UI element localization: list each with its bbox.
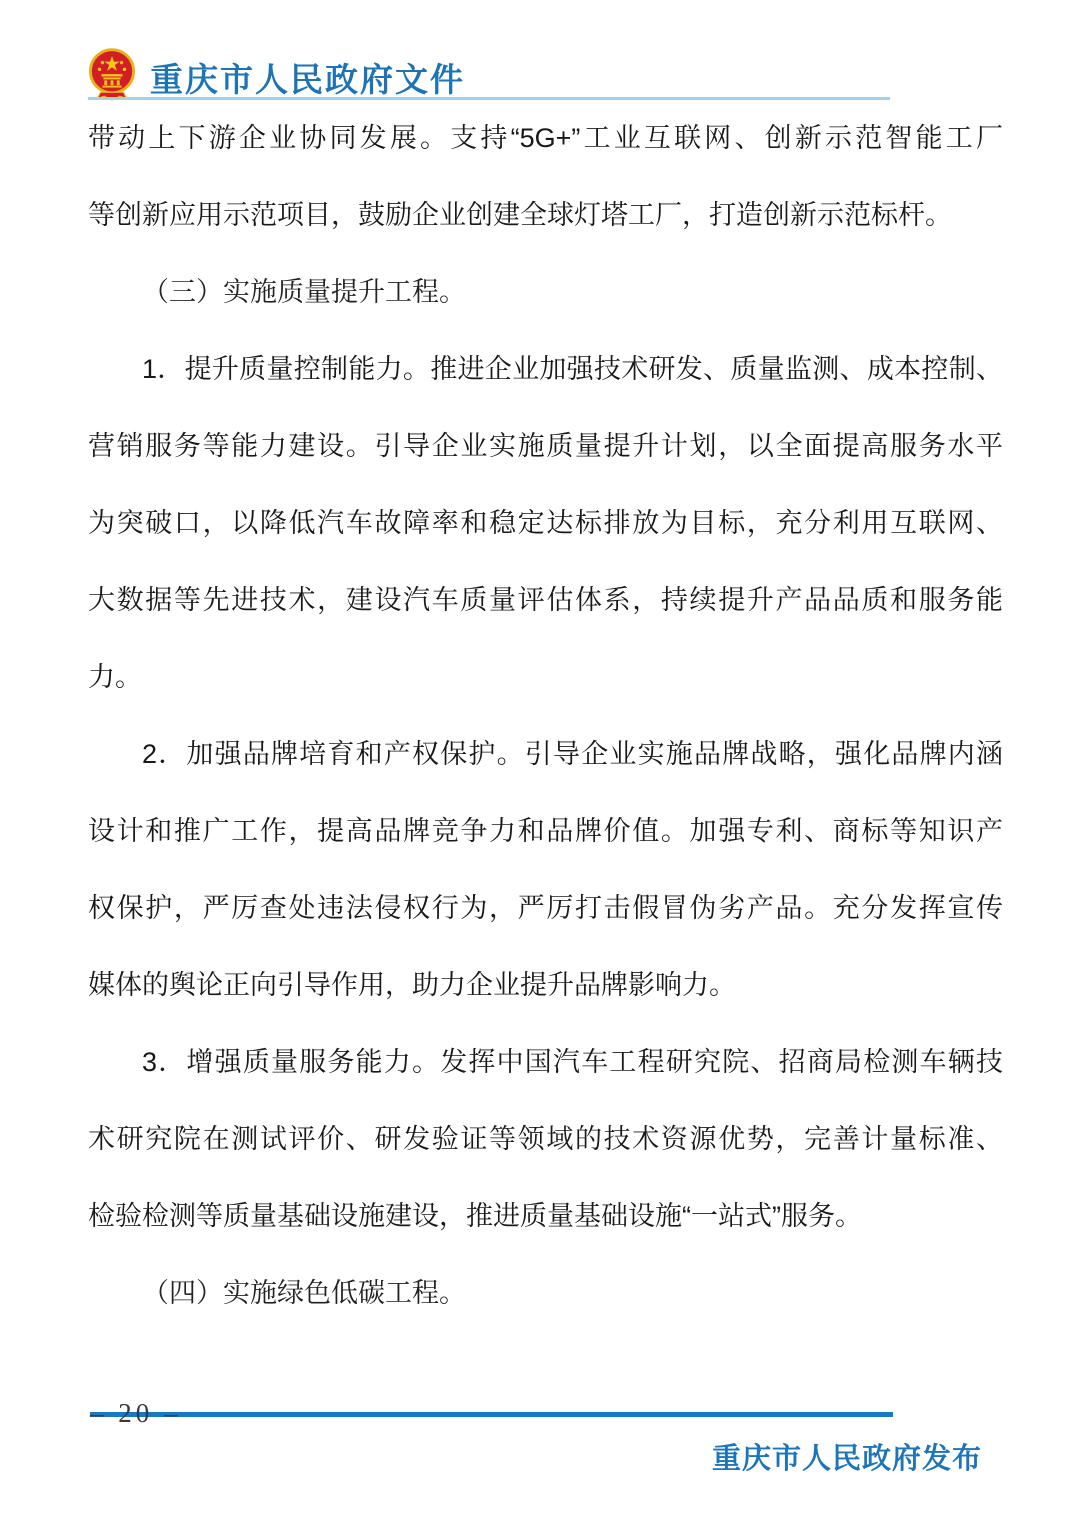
document-title: 重庆市人民政府文件 [150, 54, 465, 101]
document-header: 重庆市人民政府文件 [0, 0, 1080, 108]
paragraph-line: 带动上下游企业协同发展。支持“5G+”工业互联网、创新示范智能工厂 [88, 100, 1003, 177]
publisher-label: 重庆市人民政府发布 [712, 1436, 982, 1477]
document-page: 重庆市人民政府文件 带动上下游企业协同发展。支持“5G+”工业互联网、创新示范智… [0, 0, 1080, 1527]
paragraph-line: 媒体的舆论正向引导作用，助力企业提升品牌影响力。 [88, 947, 1003, 1024]
paragraph-line: 力。 [88, 639, 1003, 716]
page-number: – 20 – [90, 1398, 182, 1429]
section-heading-line: （三）实施质量提升工程。 [88, 254, 1003, 331]
paragraph-line: 权保护，严厉查处违法侵权行为，严厉打击假冒伪劣产品。充分发挥宣传 [88, 870, 1003, 947]
paragraph-line: 检验检测等质量基础设施建设，推进质量基础设施“一站式”服务。 [88, 1178, 1003, 1255]
paragraph-line: 3．增强质量服务能力。发挥中国汽车工程研究院、招商局检测车辆技 [88, 1024, 1003, 1101]
section-heading-line: （四）实施绿色低碳工程。 [88, 1255, 1003, 1332]
paragraph-line: 设计和推广工作，提高品牌竞争力和品牌价值。加强专利、商标等知识产 [88, 793, 1003, 870]
paragraph-line: 1．提升质量控制能力。推进企业加强技术研发、质量监测、成本控制、 [88, 331, 1003, 408]
document-body: 带动上下游企业协同发展。支持“5G+”工业互联网、创新示范智能工厂等创新应用示范… [88, 100, 1003, 1332]
paragraph-line: 大数据等先进技术，建设汽车质量评估体系，持续提升产品品质和服务能 [88, 562, 1003, 639]
paragraph-line: 等创新应用示范项目，鼓励企业创建全球灯塔工厂，打造创新示范标杆。 [88, 177, 1003, 254]
paragraph-line: 为突破口，以降低汽车故障率和稳定达标排放为目标，充分利用互联网、 [88, 485, 1003, 562]
footer-divider [90, 1412, 893, 1417]
paragraph-line: 2．加强品牌培育和产权保护。引导企业实施品牌战略，强化品牌内涵 [88, 716, 1003, 793]
paragraph-line: 术研究院在测试评价、研发验证等领域的技术资源优势，完善计量标准、 [88, 1101, 1003, 1178]
paragraph-line: 营销服务等能力建设。引导企业实施质量提升计划，以全面提高服务水平 [88, 408, 1003, 485]
